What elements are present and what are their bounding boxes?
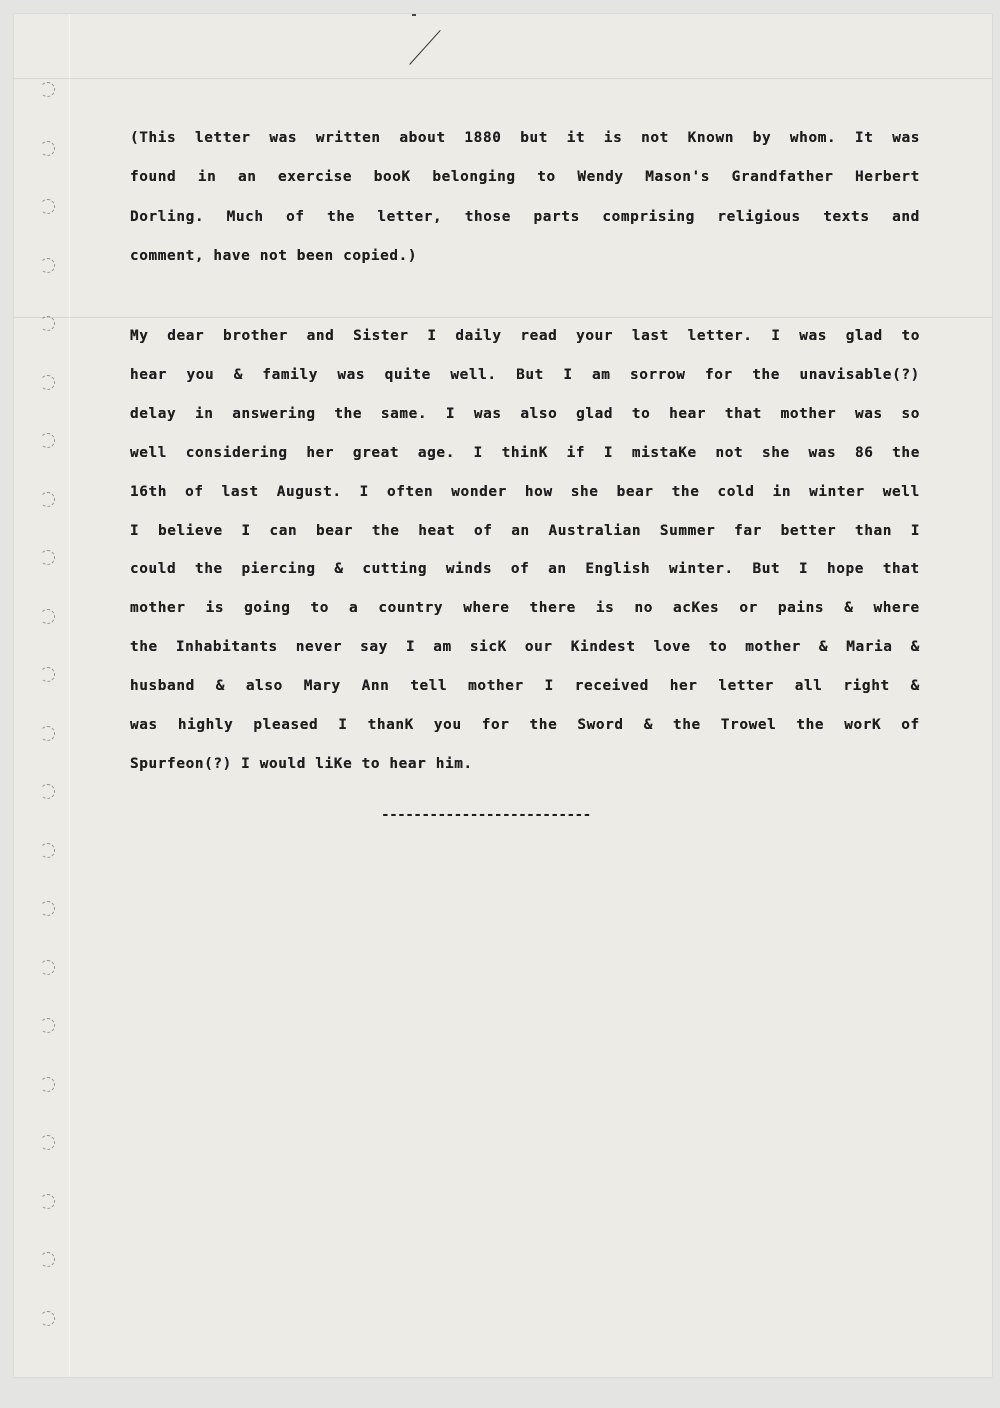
- pencil-mark: [412, 14, 416, 16]
- binder-hole: [40, 258, 55, 273]
- text-line: theInhabitantsneversayIamsicKourKindestl…: [130, 639, 920, 655]
- binder-hole: [40, 82, 55, 97]
- binder-hole: [40, 1135, 55, 1150]
- text-line: MydearbrotherandSisterIdailyreadyourlast…: [130, 328, 920, 344]
- binder-hole: [40, 667, 55, 682]
- binder-hole: [40, 492, 55, 507]
- binder-hole: [40, 609, 55, 624]
- binder-hole: [40, 784, 55, 799]
- binder-hole: [40, 199, 55, 214]
- binder-hole: [40, 1018, 55, 1033]
- text-line: IbelieveIcanbeartheheatofanAustralianSum…: [130, 523, 920, 539]
- fold-line: [14, 317, 992, 318]
- binder-hole: [40, 375, 55, 390]
- fold-line: [14, 78, 992, 79]
- binder-hole: [40, 1252, 55, 1267]
- text-line: foundinanexercisebooKbelongingtoWendyMas…: [130, 169, 920, 185]
- text-line: 16thoflastAugust.Ioftenwonderhowshebeart…: [130, 484, 920, 500]
- binder-hole: [40, 141, 55, 156]
- text-line: delayinansweringthesame.Iwasalsogladtohe…: [130, 406, 920, 422]
- binder-hole: [40, 550, 55, 565]
- divider-line: --------------------------: [381, 807, 591, 823]
- text-line: wellconsideringhergreatage.IthinKifImist…: [130, 445, 920, 461]
- text-line: comment, have not been copied.): [130, 248, 920, 264]
- binder-hole: [40, 901, 55, 916]
- binder-hole: [40, 1077, 55, 1092]
- text-line: husband&alsoMaryAnntellmotherIreceivedhe…: [130, 678, 920, 694]
- binder-hole: [40, 316, 55, 331]
- binder-hole: [40, 1194, 55, 1209]
- text-line: (Thisletterwaswrittenabout1880butitisnot…: [130, 130, 920, 146]
- text-line: Spurfeon(?) I would liKe to hear him.: [130, 756, 920, 772]
- text-line: couldthepiercing&cuttingwindsofanEnglish…: [130, 561, 920, 577]
- binder-hole: [40, 960, 55, 975]
- text-line: hearyou&familywasquitewell.ButIamsorrowf…: [130, 367, 920, 383]
- margin-line: [69, 14, 70, 1377]
- paper-sheet: (Thisletterwaswrittenabout1880butitisnot…: [14, 14, 992, 1377]
- binder-hole: [40, 1311, 55, 1326]
- text-line: motherisgoingtoacountrywherethereisnoacK…: [130, 600, 920, 616]
- binder-hole: [40, 726, 55, 741]
- binder-hole: [40, 433, 55, 448]
- text-line: Dorling.Muchoftheletter,thosepartscompri…: [130, 209, 920, 225]
- pencil-mark: [409, 30, 441, 65]
- text-line: washighlypleasedIthanKyoufortheSword&the…: [130, 717, 920, 733]
- binder-hole: [40, 843, 55, 858]
